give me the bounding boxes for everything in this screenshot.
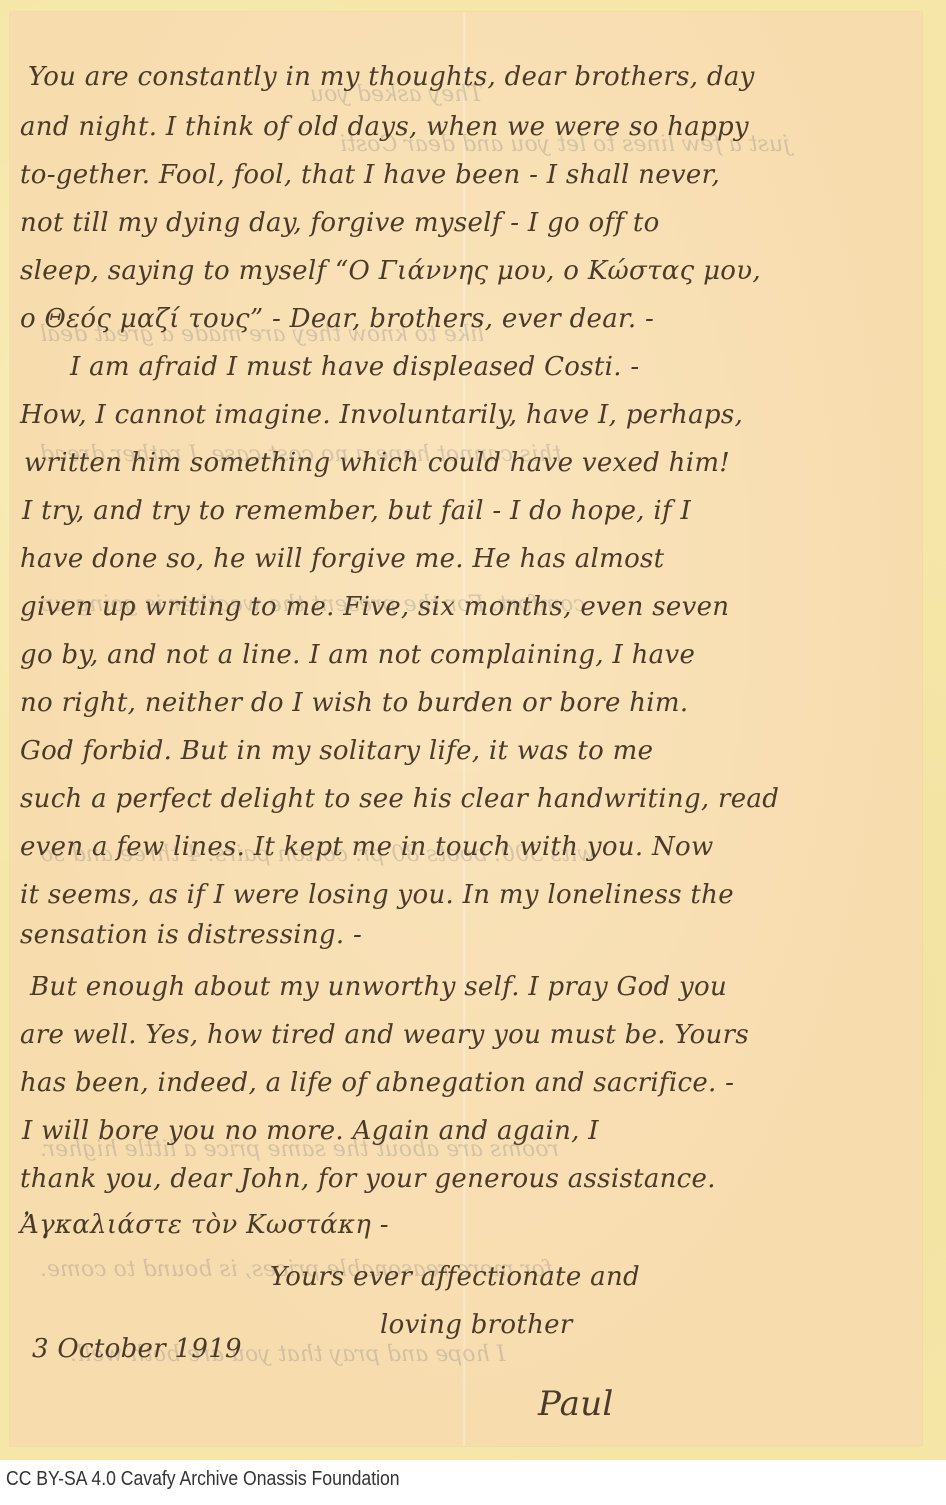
- letter-line: Ἀγκαλιάστε τὸν Κωστάκη -: [20, 1210, 389, 1240]
- letter-line: sleep, saying to myself “O Γιάννης μου, …: [20, 256, 761, 286]
- letter-line: no right, neither do I wish to burden or…: [20, 688, 688, 718]
- letter-line: I am afraid I must have displeased Costi…: [70, 352, 639, 382]
- letter-line: it seems, as if I were losing you. In my…: [20, 880, 734, 910]
- letter-line: go by, and not a line. I am not complain…: [20, 640, 695, 670]
- letter-line: I try, and try to remember, but fail - I…: [22, 496, 691, 526]
- letter-line: even a few lines. It kept me in touch wi…: [20, 832, 714, 862]
- letter-line: But enough about my unworthy self. I pra…: [30, 972, 727, 1002]
- letter-line: have done so, he will forgive me. He has…: [20, 544, 664, 574]
- letter-closing: Yours ever affectionate and: [270, 1262, 640, 1292]
- letter-line: sensation is distressing. -: [20, 920, 362, 950]
- letter-closing-2: loving brother: [380, 1310, 573, 1340]
- letter-line: God forbid. But in my solitary life, it …: [20, 736, 653, 766]
- license-credit: CC BY-SA 4.0 Cavafy Archive Onassis Foun…: [6, 1468, 400, 1491]
- letter-line: ο Θεός μαζί τους” - Dear, brothers, ever…: [20, 304, 654, 334]
- letter-line: has been, indeed, a life of abnegation a…: [20, 1068, 734, 1098]
- letter-date: 3 October 1919: [32, 1334, 242, 1364]
- letter-line: to-gether. Fool, fool, that I have been …: [20, 160, 720, 190]
- letter-line: and night. I think of old days, when we …: [20, 112, 749, 142]
- letter-line: are well. Yes, how tired and weary you m…: [20, 1020, 749, 1050]
- letter-line: such a perfect delight to see his clear …: [20, 784, 779, 814]
- letter-page: They asked you just a few lines to let y…: [10, 12, 922, 1446]
- scan-background: They asked you just a few lines to let y…: [0, 0, 946, 1460]
- letter-line: You are constantly in my thoughts, dear …: [28, 62, 755, 92]
- letter-line: I will bore you no more. Again and again…: [22, 1116, 599, 1146]
- letter-signature: Paul: [538, 1384, 614, 1424]
- letter-line: thank you, dear John, for your generous …: [20, 1164, 716, 1194]
- letter-line: given up writing to me. Five, six months…: [20, 592, 729, 622]
- letter-line: not till my dying day, forgive myself - …: [20, 208, 660, 238]
- letter-line: written him something which could have v…: [24, 448, 730, 478]
- letter-line: How, I cannot imagine. Involuntarily, ha…: [20, 400, 743, 430]
